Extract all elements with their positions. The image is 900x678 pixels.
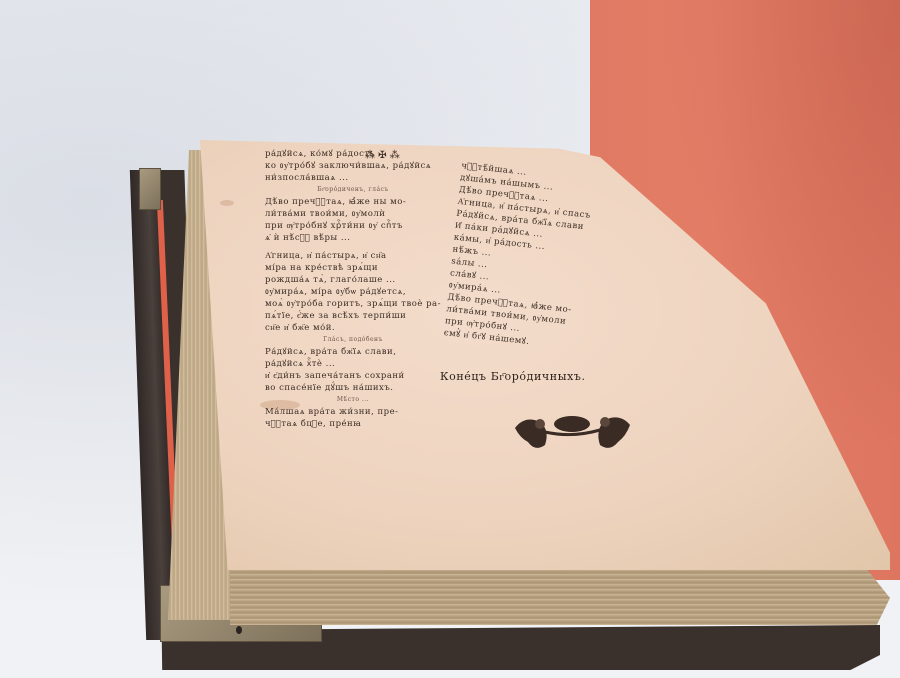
text-line: Дѣ́во пречⷭ҇таѧ, ꙗ҆́же ны мо- [265,196,441,208]
cherubs-ornament-icon [510,410,635,455]
text-line: пѧ́тїе, є҆́же за всѣ́хъ терпи́ши [265,310,441,322]
text-line: рождша́ѧ тѧ̀, глаго́лаше ... [265,274,441,286]
text-line: сн҃е и҆ бж҃е мо́й. [265,322,441,334]
page-stain [220,200,234,206]
text-line: Ма́лшаѧ вра́та жи́зни, пре- [265,406,441,418]
text-line: моѧ̀ ᲂу҆тро́ба горитъ, зрѧ́щи твоѐ ра- [265,298,441,310]
brass-clasp-top [139,168,161,210]
text-line: ᲂу҆мира́ѧ, мі́ра ᲂу҆бѡ ра́дꙋетсѧ, [265,286,441,298]
text-line: ли́тва́ми твои́ми, ᲂу҆молѝ [265,208,441,220]
text-line: ра́дꙋйсѧ хⷭ҇тѐ ... [265,358,441,370]
text-line: при ѹ҆тро́бнꙋ хрⷭ҇ти́ни ᲂу҆ спⷭ҇тъ [265,220,441,232]
text-line: мі́ра на кре́ствѣ зрѧ́щи [265,262,441,274]
text-line: во спасе́нїе дꙋ́шъ на́шихъ. [265,382,441,394]
text-line: и҆ є҆ди́нъ запеча́танъ сохрани́ [265,370,441,382]
photo-scene: ⁂ ✠ ⁂ ра́дꙋйсѧ, ко́мꙋ ра́дость ... ко ᲂу… [0,0,900,678]
left-text-column: ра́дꙋйсѧ, ко́мꙋ ра́дость ... ко ᲂу҆тро́б… [265,148,441,430]
text-line: А҆гница, и҆ па́стырѧ, и҆ сн҃а [265,250,441,262]
text-line: Ра́дꙋйсѧ, вра́та бж҃їѧ слави, [265,346,441,358]
paragraph: Дѣ́во пречⷭ҇таѧ, ꙗ҆́же ны мо- ли́тва́ми … [265,196,441,244]
text-line: чⷭ҇таѧ бцⷣе, пре́нꙗ [265,418,441,430]
page-block-bottom [230,565,890,625]
right-text-column: чⷭ҇тѣ́йшаѧ ... дꙋша́мъ на́шымъ ... Дѣ́во… [443,160,595,353]
text-line: ра́дꙋйсѧ, ко́мꙋ ра́дость ... [265,148,441,160]
text-line: ѧ҆ ѝ нѣ́сⷭ҇ вѣ́ры ... [265,232,441,244]
ending-title: Коне́цъ Бг҃оро́дичныхъ. [440,370,586,383]
rubric: Бг҃оро́диченъ, гла́съ [265,184,441,196]
rubric: Мѣ́сто ... [265,394,441,406]
text-line: ко ᲂу҆тро́бꙋ заключи́вшаѧ, ра́дꙋйсѧ [265,160,441,172]
text-line: ни́зпосла́вшаѧ ... [265,172,441,184]
rivet-icon [236,626,242,634]
rubric: Гла́съ, подо́бенъ [265,334,441,346]
